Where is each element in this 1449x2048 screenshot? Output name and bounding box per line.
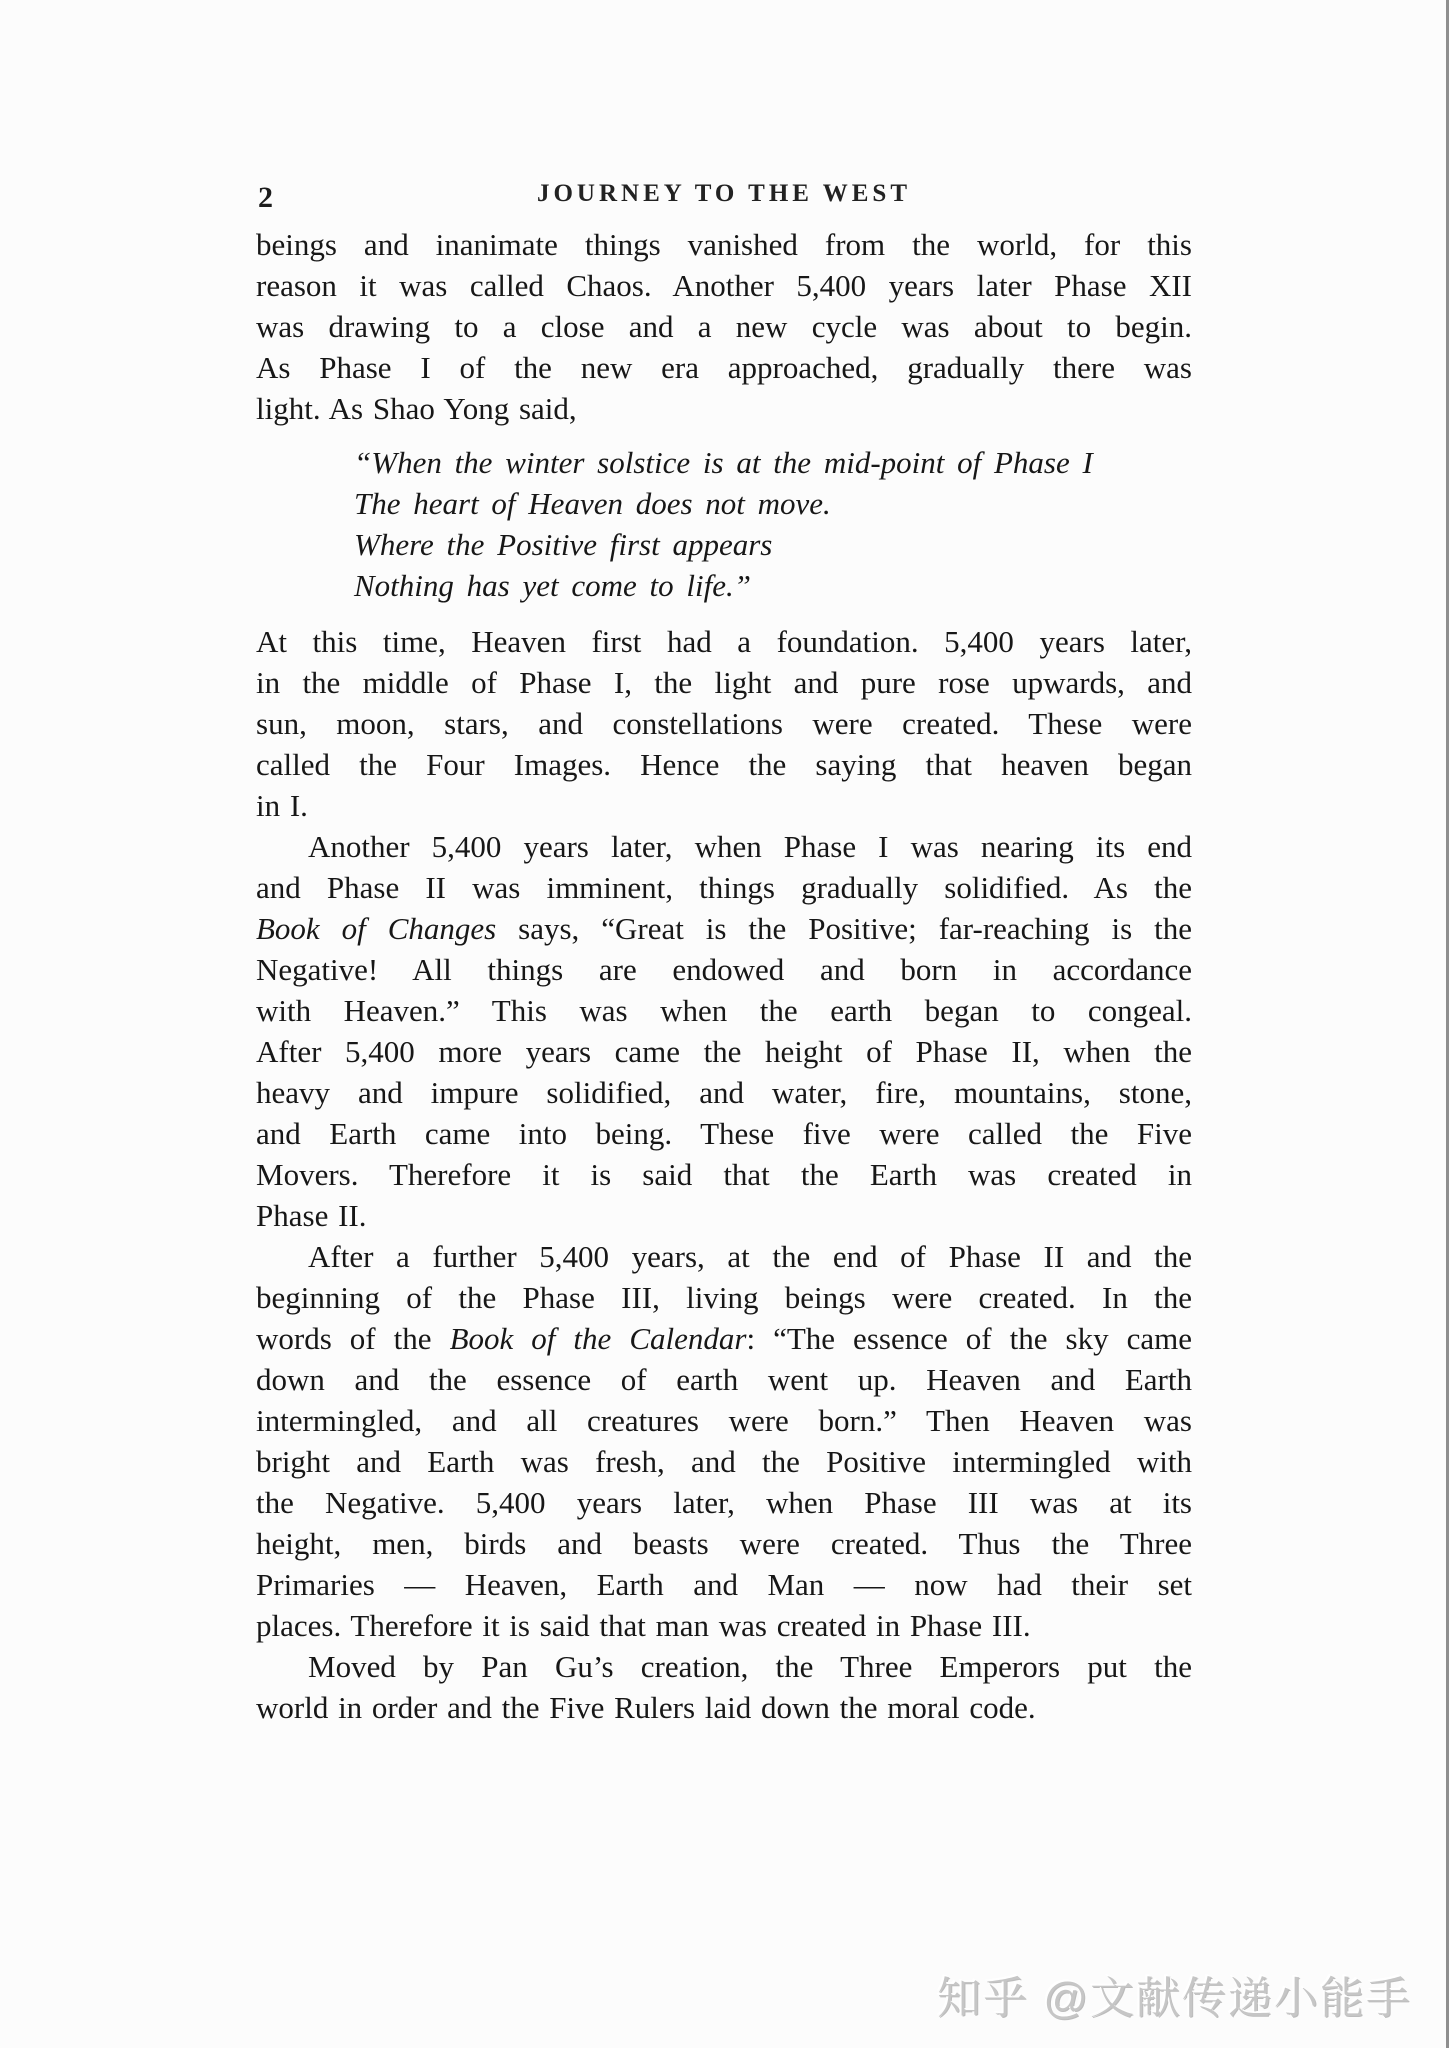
italic-book-title: Book of Changes	[256, 911, 496, 946]
text-segment: words of the	[256, 1321, 450, 1356]
text-line: After a further 5,400 years, at the end …	[256, 1236, 1192, 1277]
text-line: sun, moon, stars, and constellations wer…	[256, 703, 1192, 744]
text-line: down and the essence of earth went up. H…	[256, 1359, 1192, 1400]
text-line: heavy and impure solidified, and water, …	[256, 1072, 1192, 1113]
paragraph: At this time, Heaven first had a foundat…	[256, 621, 1192, 826]
text-line: reason it was called Chaos. Another 5,40…	[256, 265, 1192, 306]
text-line: called the Four Images. Hence the saying…	[256, 744, 1192, 785]
text-line: Negative! All things are endowed and bor…	[256, 949, 1192, 990]
paragraph: Another 5,400 years later, when Phase I …	[256, 826, 1192, 1236]
paragraph: After a further 5,400 years, at the end …	[256, 1236, 1192, 1646]
watermark-text: 知乎 @文献传递小能手	[937, 1962, 1412, 2026]
text-line: and Earth came into being. These five we…	[256, 1113, 1192, 1154]
text-line: height, men, birds and beasts were creat…	[256, 1523, 1192, 1564]
text-line: Another 5,400 years later, when Phase I …	[256, 826, 1192, 867]
text-line: light. As Shao Yong said,	[256, 388, 1192, 429]
text-line: At this time, Heaven first had a foundat…	[256, 621, 1192, 662]
text-line: As Phase I of the new era approached, gr…	[256, 347, 1192, 388]
text-line: bright and Earth was fresh, and the Posi…	[256, 1441, 1192, 1482]
text-line: After 5,400 more years came the height o…	[256, 1031, 1192, 1072]
text-line: Book of Changes says, “Great is the Posi…	[256, 908, 1192, 949]
text-line: beginning of the Phase III, living being…	[256, 1277, 1192, 1318]
text-line: beings and inanimate things vanished fro…	[256, 224, 1192, 265]
text-line: the Negative. 5,400 years later, when Ph…	[256, 1482, 1192, 1523]
poem-quote: “When the winter solstice is at the mid-…	[354, 442, 1192, 606]
poem-line: “When the winter solstice is at the mid-…	[354, 442, 1192, 483]
text-line: and Phase II was imminent, things gradua…	[256, 867, 1192, 908]
text-line: places. Therefore it is said that man wa…	[256, 1605, 1192, 1646]
text-line: Primaries — Heaven, Earth and Man — now …	[256, 1564, 1192, 1605]
poem-line: Nothing has yet come to life.”	[354, 565, 1192, 606]
text-line: with Heaven.” This was when the earth be…	[256, 990, 1192, 1031]
text-line: Movers. Therefore it is said that the Ea…	[256, 1154, 1192, 1195]
text-segment: says, “Great is the Positive; far-reachi…	[496, 911, 1192, 946]
page-header: 2 JOURNEY TO THE WEST	[256, 180, 1192, 216]
text-line: in I.	[256, 785, 1192, 826]
text-line: Moved by Pan Gu’s creation, the Three Em…	[256, 1646, 1192, 1687]
text-line: in the middle of Phase I, the light and …	[256, 662, 1192, 703]
paragraph: beings and inanimate things vanished fro…	[256, 224, 1192, 429]
text-block: beings and inanimate things vanished fro…	[256, 224, 1192, 1728]
running-header-title: JOURNEY TO THE WEST	[256, 180, 1192, 208]
italic-book-title: Book of the Calendar	[450, 1321, 747, 1356]
text-line: was drawing to a close and a new cycle w…	[256, 306, 1192, 347]
text-line: world in order and the Five Rulers laid …	[256, 1687, 1192, 1728]
poem-line: Where the Positive first appears	[354, 524, 1192, 565]
text-line: Phase II.	[256, 1195, 1192, 1236]
page-number: 2	[258, 181, 273, 215]
book-page: 2 JOURNEY TO THE WEST beings and inanima…	[0, 0, 1449, 2048]
text-line: intermingled, and all creatures were bor…	[256, 1400, 1192, 1441]
text-segment: : “The essence of the sky came	[746, 1321, 1192, 1356]
paragraph: Moved by Pan Gu’s creation, the Three Em…	[256, 1646, 1192, 1728]
poem-line: The heart of Heaven does not move.	[354, 483, 1192, 524]
text-line: words of the Book of the Calendar: “The …	[256, 1318, 1192, 1359]
